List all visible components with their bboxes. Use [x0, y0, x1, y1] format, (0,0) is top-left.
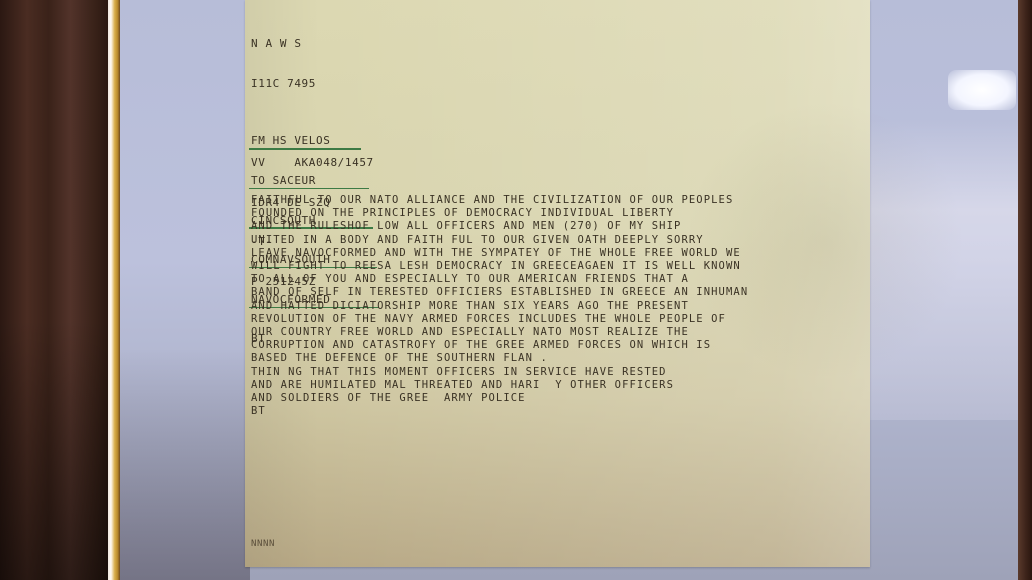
- header-line: I11C 7495: [251, 77, 374, 90]
- message-body: FAITHFUL TO OUR NATO ALLIANCE AND THE CI…: [251, 194, 748, 418]
- message-line: WILL FIGHT TO REESA LESH DEMOCRACY IN GR…: [251, 260, 748, 273]
- gilt-frame-edge: [108, 0, 120, 580]
- end-of-message: NNNN: [251, 538, 275, 551]
- message-line: TO ALL OF YOU AND ESPECIALLY TO OUR AMER…: [251, 273, 748, 286]
- message-line: AND SOLDIERS OF THE GREE ARMY POLICE: [251, 392, 748, 405]
- telex-paper: N A W S I11C 7495 VV AKA048/1457 IDR4 DE…: [245, 0, 870, 567]
- message-line: LEAVE NAVOCFORMED AND WITH THE SYMPATEY …: [251, 247, 748, 260]
- picture-frame-right: [1018, 0, 1032, 580]
- message-line: FOUNDED ON THE PRINCIPLES OF DEMOCRACY I…: [251, 207, 748, 220]
- message-line: CORRUPTION AND CATASTROFY OF THE GREE AR…: [251, 339, 748, 352]
- message-line: BASED THE DEFENCE OF THE SOUTHERN FLAN .: [251, 352, 748, 365]
- header-line: N A W S: [251, 37, 374, 50]
- message-line: BT: [251, 405, 748, 418]
- addressee-to: TO SACEUR: [251, 174, 330, 187]
- message-line: AND THE RULESHOF LOW ALL OFFICERS AND ME…: [251, 220, 748, 233]
- message-line: AND HATTED DICIATORSHIP MORE THAN SIX YE…: [251, 300, 748, 313]
- light-glare: [948, 70, 1016, 110]
- message-line: AND ARE HUMILATED MAL THREATED AND HARI …: [251, 379, 748, 392]
- message-line: OUR COUNTRY FREE WORLD AND ESPECIALLY NA…: [251, 326, 748, 339]
- message-line: BAND OF SELF IN TERESTED OFFICIERS ESTAB…: [251, 286, 748, 299]
- message-line: THIN NG THAT THIS MOMENT OFFICERS IN SER…: [251, 366, 748, 379]
- message-line: UNITED IN A BODY AND FAITH FUL TO OUR GI…: [251, 234, 748, 247]
- addressee-from: FM HS VELOS: [251, 134, 330, 147]
- message-line: FAITHFUL TO OUR NATO ALLIANCE AND THE CI…: [251, 194, 748, 207]
- message-line: REVOLUTION OF THE NAVY ARMED FORCES INCL…: [251, 313, 748, 326]
- picture-frame-left: [0, 0, 108, 580]
